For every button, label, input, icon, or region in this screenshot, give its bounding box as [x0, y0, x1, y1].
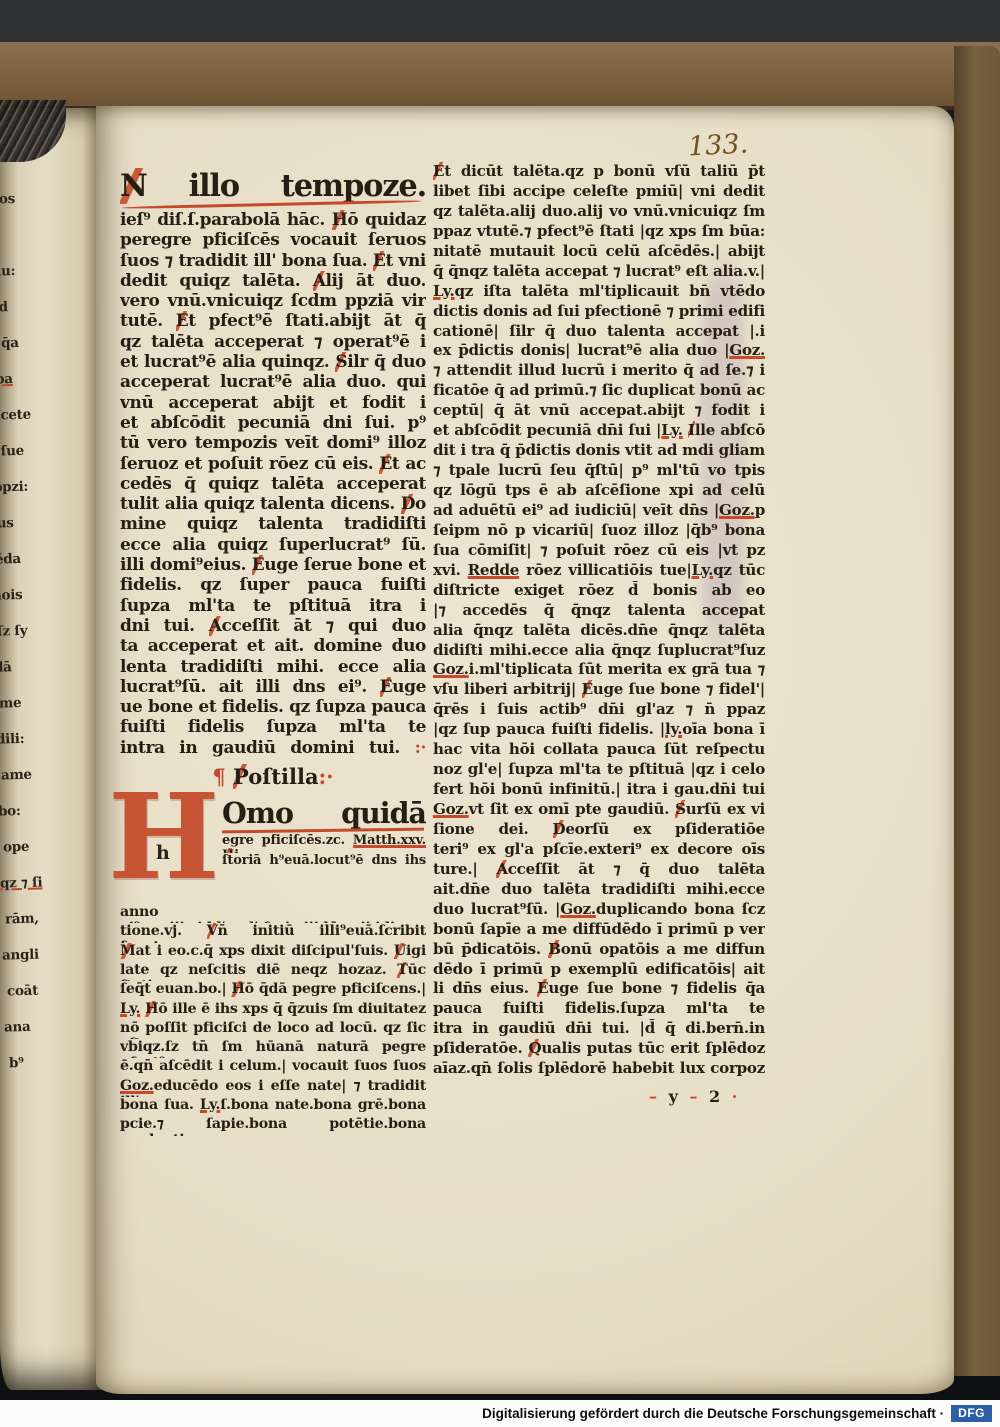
- text-segment: ·: [732, 1087, 741, 1106]
- text-segment: S: [675, 800, 686, 818]
- text-segment: ieſ⁹ diſ.ſ.parabolā hāc.: [120, 210, 332, 230]
- text-segment: libet ſibi accipe celeſte pmiū| vni dedi…: [433, 182, 765, 202]
- text-line: dit i tra q̄ p̄dictis donis vtit ad mdi …: [433, 441, 765, 461]
- right-column: Et dicūt talēta.qz p bonū vſū taliū p̄t …: [433, 162, 765, 1109]
- text-segment: ſupza ml'ta te pſtituā itra i gaudiū: [120, 596, 426, 616]
- text-line: dictis donis ad ſui pfectionē ⁊ primi ed…: [433, 302, 765, 322]
- text-line: bona ſua. Ly.ſ.bona nate.bona grē.bona: [120, 1097, 426, 1116]
- text-line: tutē. Et pfect⁹ē ſtati.abijt āt q̄ quin: [120, 311, 426, 331]
- edge-text-fragment: rām,: [5, 911, 45, 927]
- text-segment: :·: [319, 764, 334, 789]
- edge-text-fragment: angli: [2, 947, 46, 963]
- facing-page-fore-edge: mosbōī iu:ſqdx q̄appaucetee ſueppzi:rusē…: [0, 108, 102, 1390]
- edge-text-fragment: ēda: [0, 552, 35, 568]
- text-line: ſuos ⁊ tradidit ill' bona ſua. Et vni: [120, 251, 426, 271]
- text-segment: fuiſti fidelis ſupza ml'ta te pſtituā.: [120, 717, 426, 737]
- text-segment: Ly.: [120, 1001, 140, 1017]
- text-segment: H: [332, 210, 348, 230]
- text-segment: Ly.: [200, 1097, 220, 1113]
- text-segment: ad aduētū ei⁹ ad iudiciū| veīt dn̄s |: [433, 501, 719, 519]
- text-segment: cedēs q̄ quiqz talēta acceperat ob:: [120, 474, 426, 494]
- text-segment: p: [755, 501, 765, 519]
- edge-text-fragment: ppzi:: [0, 480, 33, 496]
- text-line: nitatē mutauit locū celū aſcēdēs.| abijt…: [433, 242, 765, 262]
- text-segment: qz talēta acceperat ⁊ operat⁹ē i eis: [120, 332, 426, 352]
- text-line: – y – 2 ·: [649, 1087, 749, 1109]
- handwritten-folio-number: 133.: [687, 128, 749, 162]
- text-segment: |qz ſup pauca fuiſti fidelis. |: [433, 720, 665, 738]
- sermon-opening: H h Omo quidā per egre pficiſcēs.zc. Mat…: [120, 796, 426, 904]
- text-segment: egre pficiſcēs.zc.: [222, 833, 353, 848]
- text-segment: tū vero tempozis veīt domi⁹ illoz: [120, 433, 426, 453]
- text-segment: uge ſue bone ⁊ fidel'|: [593, 680, 765, 698]
- text-segment: H: [231, 981, 244, 997]
- text-segment: B: [548, 940, 560, 958]
- text-line: ppaz vtutē.⁊ pfect⁹ē ſtati |qz xps ſm bū…: [433, 222, 765, 242]
- attribution-text: Digitalisierung gefördert durch die Deut…: [482, 1406, 944, 1421]
- text-segment: hac vita hōi collata pauca ſūt reſpectu …: [433, 740, 765, 760]
- commentary-text-block: anno ei⁹.xxxiij.xj.kl'.apl'.feria.iij.lū…: [120, 904, 426, 1136]
- digitization-footer: Digitalisierung gefördert durch die Deut…: [0, 1400, 1000, 1427]
- text-segment: Goz.: [120, 1078, 154, 1094]
- text-segment: ta acceperat et ait. domine duo ta: [120, 636, 426, 656]
- edge-text-fragment: dili:: [0, 731, 40, 747]
- gospel-text-block: ieſ⁹ diſ.ſ.parabolā hāc. Hō quidazperegr…: [120, 210, 426, 758]
- text-segment: vt ſit ex omī pte gaudiū.: [469, 800, 675, 818]
- text-segment: vero vnū.vnicuiqz ſcdm ppziā vir: [120, 291, 426, 311]
- text-line: fuiſti fidelis ſupza ml'ta te pſtituā.: [120, 717, 426, 737]
- text-line: acceperat lucrat⁹ē alia duo. qui āt: [120, 372, 426, 392]
- text-segment: ture.|: [433, 860, 496, 878]
- text-line: qz talēta acceperat ⁊ operat⁹ē i eis: [120, 332, 426, 352]
- text-segment: anno ei⁹.xxxiij.xj.kl'.apl'.feria.iij.lū…: [120, 904, 395, 923]
- text-segment: ilr q̄ duo: [347, 352, 426, 372]
- text-segment: dit i tra q̄ p̄dictis donis vtit ad mdi …: [433, 441, 765, 459]
- text-line: ⁊ tpale lucrū ſeu q̄ſtū| p⁹ ml'tū vo tpi…: [433, 461, 765, 481]
- edge-text-fragment: ī iu:: [0, 264, 27, 280]
- text-line: ⁊ attendit illud lucrū i merito q̄ ad ſe…: [433, 361, 765, 381]
- text-segment: Goz.: [433, 660, 469, 678]
- text-segment: ō quidaz: [347, 210, 426, 230]
- text-segment: aīaz.qn̄ ſolis ſplēdorē habebit lux corp…: [433, 1059, 765, 1077]
- guide-letter: h: [156, 842, 170, 864]
- text-line: cationē| ſilr q̄ duo talenta accepat |.i…: [433, 322, 765, 342]
- text-segment: –: [649, 1087, 660, 1106]
- text-segment: ſtoriā h⁹euā.locut⁹ē dns ihs xps: [222, 853, 426, 873]
- text-line: vnū acceperat abijt et fodit i terrā: [120, 393, 426, 413]
- text-line: didiſti mihi.ecce alia q̄nqz ſuplucrat⁹ſ…: [433, 641, 765, 661]
- edge-text-fragment: ſqd: [0, 300, 28, 316]
- text-line: ē.qn̄ aſcēdit i celum.| vocauit ſuos ſuo…: [120, 1058, 426, 1077]
- text-line: itra in gaudiū dn̄i tui. |d̄ q̄ di.bern̄…: [433, 1019, 765, 1039]
- commentary-text-block-2: Et dicūt talēta.qz p bonū vſū taliū p̄t …: [433, 162, 765, 1079]
- text-line: hac vita hōi collata pauca ſūt reſpectu …: [433, 740, 765, 760]
- text-segment: duo lucrat⁹ſū. |: [433, 900, 560, 918]
- text-segment: bona ſua.: [120, 1097, 200, 1113]
- text-segment: tione.vj.: [120, 923, 207, 939]
- text-segment: acceperat lucrat⁹ē alia duo. qui āt: [120, 372, 426, 392]
- text-segment: I: [688, 421, 695, 439]
- text-segment: alia q̄nqz talēta dicēs.dn̄e q̄nqz talēt…: [433, 621, 765, 641]
- text-line: intra in gaudiū domini tui. :·: [120, 738, 426, 758]
- text-line: ſeipm nō p vicariū| ſuoz illoz |q̄b⁹ bon…: [433, 521, 765, 541]
- text-segment: lenta tradidiſti mihi. ecce alia duo: [120, 657, 426, 677]
- text-segment: ē.qn̄ aſcēdit i celum.| vocauit ſuos ſuo…: [120, 1058, 426, 1074]
- dfg-logo: DFG: [951, 1405, 992, 1422]
- text-line: ad aduētū ei⁹ ad iudiciū| veīt dn̄s |Goz…: [433, 501, 765, 521]
- text-segment: D: [401, 494, 415, 514]
- text-segment: Goz.: [560, 900, 596, 918]
- text-segment: ſ.bona nate.bona grē.bona: [220, 1097, 426, 1113]
- text-segment: didiſti mihi.ecce alia q̄nqz ſuplucrat⁹ſ…: [433, 641, 765, 661]
- text-segment: D: [553, 820, 566, 838]
- text-segment: ue bone et fidelis. qz ſupza pauca: [120, 697, 426, 717]
- text-segment: A: [313, 271, 326, 291]
- text-segment: dictis donis ad ſui pfectionē ⁊ primi ed…: [433, 302, 765, 320]
- edge-text-fragment: qz ⁊ ſi: [0, 875, 44, 891]
- text-segment: itra in gaudiū dn̄i tui. |d̄ q̄ di.bern̄…: [433, 1019, 765, 1039]
- edge-text-fragment: ſz ſy: [0, 623, 37, 639]
- text-segment: Goz.: [433, 800, 469, 818]
- text-line: tulit alia quiqz talenta dicens. Do: [120, 494, 426, 514]
- gospel-incipit-heading: N illo tempoze. dixit: [120, 168, 426, 208]
- text-line: ait.dn̄e duo talēta tradidiſti mihi.ecce…: [433, 880, 765, 900]
- text-segment: pauca fuiſti fidelis.ſupza ml'ta te pſti…: [433, 999, 765, 1019]
- text-segment: ait.dn̄e duo talēta tradidiſti mihi.ecce…: [433, 880, 765, 900]
- text-line: qz lōgū tps ē ab aſcēſione xpi ad celū v…: [433, 481, 765, 501]
- text-line: anno ei⁹.xxxiij.xj.kl'.apl'.feria.iij.lū…: [120, 904, 426, 923]
- text-line: ecce alia quiqz ſuperlucrat⁹ ſū. ait: [120, 535, 426, 555]
- text-line: lucrat⁹ſū. ait illi dns ei⁹. Euge ſer:: [120, 677, 426, 697]
- text-segment: et abſcōdit pecuniā dn̄i ſui |: [433, 421, 661, 439]
- lombard-initial-H: H: [108, 790, 220, 884]
- text-segment: N: [120, 168, 147, 204]
- text-segment: E: [582, 680, 593, 698]
- text-segment: late qz neſcitis diē neqz hozaz.: [120, 962, 397, 978]
- text-segment: tutē.: [120, 311, 176, 331]
- heading-line: Omo quidā per: [222, 796, 426, 833]
- text-segment: ly.: [665, 720, 682, 738]
- text-segment: :·: [415, 738, 426, 758]
- text-line: bonū ſapīe a me diffūdēdo ī primū p ver: [433, 920, 765, 940]
- text-line: vbiqz.ſz tn̄ ſm hūanā naturā pegre pfect…: [120, 1039, 426, 1058]
- text-segment: ualis putas tūc erit ſplēdoz: [541, 1039, 765, 1057]
- text-segment: E: [252, 555, 265, 575]
- edge-text-fragment: hois: [0, 588, 36, 604]
- text-segment: ficatōe q̄ ad primū.⁊ ſic duplicat bonū …: [433, 381, 765, 399]
- text-segment: mine quiqz talenta tradidiſti mihi: [120, 514, 426, 534]
- text-segment: at i eo.c.q̄ xps dixit diſcipul'ſuis.: [135, 943, 393, 959]
- edge-text-fragment: ppa: [0, 372, 30, 388]
- text-segment: qz tūc: [713, 561, 765, 579]
- text-segment: illi domi⁹eius.: [120, 555, 252, 575]
- text-segment: |⁊ accedēs q̄ q̄nqz talenta accepat obtu…: [433, 601, 765, 621]
- text-segment: Ly.: [433, 282, 455, 300]
- edge-text-fragment: coāt: [7, 983, 47, 999]
- book-page: 133. N illo tempoze. dixit ieſ⁹ diſ.ſ.pa…: [96, 106, 954, 1394]
- text-line: Et dicūt talēta.qz p bonū vſū taliū p̄t …: [433, 162, 765, 182]
- text-segment: fert hōi bonū infinitū.| itra i gau.dn̄i…: [433, 780, 765, 800]
- edge-text-fragment: rus: [0, 516, 34, 532]
- text-line: |qz ſup pauca fuiſti fidelis. |ly.oīa bo…: [433, 720, 765, 740]
- text-line: dni tui. Acceſſit āt ⁊ qui duo talen: [120, 616, 426, 636]
- text-segment: Ly.: [692, 561, 714, 579]
- text-line: pcie.⁊ ſapie.bona potētie.bona opulentie: [120, 1116, 426, 1135]
- text-segment: y: [660, 1087, 689, 1106]
- text-segment: pſideratōe.: [433, 1039, 528, 1057]
- text-segment: ſeruoz et poſuit rōez cū eis.: [120, 454, 379, 474]
- text-segment: E: [380, 677, 393, 697]
- text-line: alia q̄nqz talēta dicēs.dn̄e q̄nqz talēt…: [433, 621, 765, 641]
- text-segment: ſeipm nō p vicariū| ſuoz illoz |q̄b⁹ bon…: [433, 521, 765, 539]
- text-segment: ⁊ attendit illud lucrū i merito q̄ ad ſe…: [433, 361, 765, 381]
- text-segment: ō ille ē ihs xps q̄ q̄zuis ſm diuitatez: [158, 1001, 426, 1017]
- text-line: late qz neſcitis diē neqz hozaz. Tūc ſta…: [120, 962, 426, 981]
- text-segment: igi: [406, 943, 426, 959]
- text-segment: U: [394, 943, 406, 959]
- text-line: fert hōi bonū infinitū.| itra i gau.dn̄i…: [433, 780, 765, 800]
- text-segment: dni tui.: [120, 616, 209, 636]
- text-line: q̄ q̄nqz talēta accepat ⁊ lucrat⁹ eſt al…: [433, 262, 765, 282]
- text-segment: lij āt duo.: [326, 271, 427, 291]
- text-segment: t dicūt talēta.qz p bonū vſū taliū p̄t q…: [433, 162, 765, 182]
- text-segment: intra in gaudiū domini tui.: [120, 738, 415, 758]
- text-line: dedit quiqz talēta. Alij āt duo. Alij: [120, 271, 426, 291]
- text-line: bū p̄dicatōis. Bonū opatōis a me diffun: [433, 940, 765, 960]
- text-segment: dedit quiqz talēta.: [120, 271, 313, 291]
- text-segment: T: [397, 962, 407, 978]
- text-segment: tulit alia quiqz talenta dicens.: [120, 494, 401, 514]
- text-line: ſeruoz et poſuit rōez cū eis. Et ac: [120, 454, 426, 474]
- text-line: et lucrat⁹ē alia quinqz. Silr q̄ duo: [120, 352, 426, 372]
- edge-text-fragment: ucete: [0, 408, 31, 424]
- text-segment: Matth.xxv.: [353, 833, 426, 848]
- text-line: vſu liberi arbitrij| Euge ſue bone ⁊ fid…: [433, 680, 765, 700]
- text-segment: duplicando bona ſcz: [596, 900, 765, 918]
- text-segment: urſū ex vi: [686, 800, 765, 818]
- text-segment: 2: [700, 1087, 731, 1106]
- text-line: peregre pficiſcēs vocauit ſeruos: [120, 230, 426, 250]
- text-line: li dn̄s eius. Euge ſue bone ⁊ fidelis q̄…: [433, 979, 765, 999]
- text-segment: oſtilla: [248, 764, 318, 789]
- text-line: duo lucrat⁹ſū. |Goz.duplicando bona ſcz: [433, 900, 765, 920]
- text-line: pſideratōe. Qualis putas tūc erit ſplēdo…: [433, 1039, 765, 1059]
- text-segment: o: [415, 494, 426, 514]
- text-segment: pcie.⁊ ſapie.bona potētie.bona opulentie: [120, 1116, 426, 1135]
- text-segment: t vni: [385, 251, 426, 271]
- edge-text-fragment: ana: [4, 1019, 48, 1035]
- text-line: ue bone et fidelis. qz ſupza pauca: [120, 697, 426, 717]
- text-segment: q̄rēs i ſuis actib⁹ dn̄i gl'az ⁊ n̄ ppaz…: [433, 700, 765, 720]
- text-segment: E: [537, 979, 548, 997]
- text-segment: xvi.: [433, 561, 468, 579]
- quire-signature: – y – 2 ·: [649, 1087, 749, 1109]
- text-segment: A: [496, 860, 507, 878]
- commentary-indented-lines: egre pficiſcēs.zc. Matth.xxv. Hiſtoriā h…: [222, 833, 426, 872]
- edge-text-fragment: e ſue: [0, 444, 32, 460]
- text-line: dēdo ī primū p exemplū edificatōis| ait …: [433, 960, 765, 980]
- text-line: Goz.educēdo eos i eſſe nate| ⁊ tradidit …: [120, 1078, 426, 1097]
- text-segment: S: [335, 352, 347, 372]
- text-segment: ppaz vtutē.⁊ pfect⁹ē ſtati |qz xps ſm bū…: [433, 222, 765, 240]
- text-line: et abſcōdit pecuniā dni ſui. p⁹ mul: [120, 413, 426, 433]
- text-segment: lucrat⁹ſū. ait illi dns ei⁹.: [120, 677, 380, 697]
- edge-text-fragment: bō: [0, 228, 26, 244]
- text-line: ceptū| q̄ āt vnū accepat.abijt ⁊ fodit i…: [433, 401, 765, 421]
- text-segment: ſua cōmiſit| ⁊ poſuit rōez cū eis |vt pz: [433, 541, 765, 559]
- text-segment: Ly.: [661, 421, 683, 439]
- text-segment: uge ſerue bone et: [264, 555, 426, 575]
- text-segment: Redde: [468, 561, 519, 579]
- text-segment: vſu liberi arbitrij|: [433, 680, 582, 698]
- leather-cover-top-edge: [0, 42, 1000, 110]
- text-line: ſione dei. Deorſū ex pſideratiōe inferni…: [433, 820, 765, 840]
- text-segment: Q: [528, 1039, 541, 1057]
- text-line: ſua cōmiſit| ⁊ poſuit rōez cū eis |vt pz…: [433, 541, 765, 561]
- text-segment: H: [145, 1001, 158, 1017]
- text-line: ſeq̄t euan.bo.| Hō q̄dā pegre pficiſcens…: [120, 981, 426, 1000]
- text-segment: E: [379, 454, 392, 474]
- text-segment: dēdo ī primū p exemplū edificatōis| ait …: [433, 960, 765, 980]
- text-segment: qz lōgū tps ē ab aſcēſione xpi ad celū v…: [433, 481, 765, 501]
- text-segment: i.ml'tiplicata ſūt merita ex grā tua ⁊: [469, 660, 765, 678]
- text-line: illi domi⁹eius. Euge ſerue bone et: [120, 555, 426, 575]
- text-line: et abſcōdit pecuniā dn̄i ſui |Ly. Ille a…: [433, 421, 765, 441]
- text-segment: et lucrat⁹ē alia quinqz.: [120, 352, 335, 372]
- text-segment: ſeq̄t euan.bo.|: [120, 981, 231, 997]
- text-line: tū vero tempozis veīt domi⁹ illoz: [120, 433, 426, 453]
- text-segment: fidelis. qz ſuper pauca fuiſti fidelis: [120, 575, 426, 595]
- text-segment: P: [233, 764, 248, 789]
- text-line: nō poſſit pficiſci de loco ad locū. qz ſ…: [120, 1020, 426, 1039]
- text-segment: onū opatōis a me diffun: [561, 940, 765, 958]
- text-line: Goz.vt ſit ex omī pte gaudiū. Surſū ex v…: [433, 800, 765, 820]
- text-segment: ecce alia quiqz ſuperlucrat⁹ ſū. ait: [120, 535, 426, 555]
- text-segment: teri⁹ ex gl'a pſcīe.exteri⁹ ex decore oī…: [433, 840, 765, 860]
- text-segment: li dn̄s eius.: [433, 979, 537, 997]
- text-segment: vnū acceperat abijt et fodit i terrā: [120, 393, 426, 413]
- text-segment: rōez villicatiōis tue|: [519, 561, 691, 579]
- text-segment: –: [689, 1087, 700, 1106]
- text-segment: q̄ q̄nqz talēta accepat ⁊ lucrat⁹ eſt al…: [433, 262, 765, 280]
- edge-text-fragment: dā: [0, 659, 38, 675]
- text-segment: vbiqz.ſz tn̄ ſm hūanā naturā pegre pfect…: [120, 1039, 426, 1058]
- text-segment: Goz.: [719, 501, 755, 519]
- text-line: Ly. Hō ille ē ihs xps q̄ q̄zuis ſm diuit…: [120, 1001, 426, 1020]
- text-segment: E: [433, 162, 444, 180]
- digitized-book-scan: mosbōī iu:ſqdx q̄appaucetee ſueppzi:rusē…: [0, 0, 1000, 1427]
- text-segment: A: [209, 616, 222, 636]
- text-line: teri⁹ ex gl'a pſcīe.exteri⁹ ex decore oī…: [433, 840, 765, 860]
- text-line: pauca fuiſti fidelis.ſupza ml'ta te pſti…: [433, 999, 765, 1019]
- text-segment: peregre pficiſcēs vocauit ſeruos: [120, 230, 426, 250]
- text-segment: Goz.: [729, 341, 765, 359]
- text-line: xvi. Redde rōez villicatiōis tue|Ly.qz t…: [433, 561, 765, 581]
- text-line: ficatōe q̄ ad primū.⁊ ſic duplicat bonū …: [433, 381, 765, 401]
- sermon-heading: Omo quidā per: [222, 796, 426, 833]
- text-segment: qz talēta.alij duo.alij vo vnū.vnicuiqz …: [433, 202, 765, 220]
- text-segment: qz iſta talēta ml'tiplicauit bn̄ vtēdo p…: [433, 282, 765, 302]
- text-line: qz talēta.alij duo.alij vo vnū.vnicuiqz …: [433, 202, 765, 222]
- text-segment: ceptū| q̄ āt vnū accepat.abijt ⁊ fodit i…: [433, 401, 765, 421]
- text-line: tione.vj. Vn̄ initiū illi⁹euā.ſcribit ſa…: [120, 923, 426, 942]
- text-segment: lle abſcō: [695, 421, 765, 439]
- edge-text-fragment: ope: [3, 839, 43, 855]
- left-column: N illo tempoze. dixit ieſ⁹ diſ.ſ.parabol…: [120, 168, 426, 1136]
- text-line: noz gl'e| ſupza ml'ta te pſtituā |qz i c…: [433, 760, 765, 780]
- text-line: ieſ⁹ diſ.ſ.parabolā hāc. Hō quidaz: [120, 210, 426, 230]
- text-segment: ō q̄dā pegre pficiſcens.|: [245, 981, 426, 997]
- text-line: |⁊ accedēs q̄ q̄nqz talenta accepat obtu…: [433, 601, 765, 621]
- text-segment: E: [373, 251, 386, 271]
- text-segment: V: [207, 923, 218, 939]
- edge-text-fragment: ame: [1, 767, 41, 783]
- text-line: diſtricte exiget rōez d̄ bonis ab eo col…: [433, 581, 765, 601]
- text-segment: educēdo eos i eſſe nate| ⁊ tradidit ill': [120, 1078, 426, 1097]
- text-line: ex p̄dictis donis| lucrat⁹ē alia duo |Go…: [433, 341, 765, 361]
- text-line: N illo tempoze. dixit: [120, 168, 426, 208]
- text-line: fidelis. qz ſuper pauca fuiſti fidelis: [120, 575, 426, 595]
- sermon-heading-wrap: Omo quidā per egre pficiſcēs.zc. Matth.x…: [222, 796, 426, 872]
- text-segment: M: [120, 943, 135, 959]
- edge-text-fragment: x q̄a: [0, 336, 29, 352]
- facing-page-text-fragments: mosbōī iu:ſqdx q̄appaucetee ſueppzi:rusē…: [0, 192, 49, 1072]
- text-line: egre pficiſcēs.zc. Matth.xxv. Hi: [222, 833, 426, 853]
- text-segment: ex p̄dictis donis| lucrat⁹ē alia duo |: [433, 341, 729, 359]
- text-line: q̄rēs i ſuis actib⁹ dn̄i gl'az ⁊ n̄ ppaz…: [433, 700, 765, 720]
- text-segment: nō poſſit pficiſci de loco ad locū. qz ſ…: [120, 1020, 426, 1039]
- text-line: vero vnū.vnicuiqz ſcdm ppziā vir: [120, 291, 426, 311]
- text-line: libet ſibi accipe celeſte pmiū| vni dedi…: [433, 182, 765, 202]
- text-line: aīaz.qn̄ ſolis ſplēdorē habebit lux corp…: [433, 1059, 765, 1079]
- text-line: lenta tradidiſti mihi. ecce alia duo: [120, 657, 426, 677]
- leather-cover-right-edge: [954, 46, 1000, 1376]
- text-segment: oīa bona ī: [682, 720, 765, 738]
- text-line: Ly.qz iſta talēta ml'tiplicauit bn̄ vtēd…: [433, 282, 765, 302]
- text-line: mine quiqz talenta tradidiſti mihi: [120, 514, 426, 534]
- edge-text-fragment: mos: [0, 192, 25, 208]
- edge-text-fragment: me: [0, 695, 39, 711]
- text-segment: bū p̄dicatōis.: [433, 940, 548, 958]
- text-line: ſupza ml'ta te pſtituā itra i gaudiū: [120, 596, 426, 616]
- text-line: ſtoriā h⁹euā.locut⁹ē dns ihs xps: [222, 853, 426, 873]
- text-segment: noz gl'e| ſupza ml'ta te pſtituā |qz i c…: [433, 760, 765, 780]
- text-line: ta acceperat et ait. domine duo ta: [120, 636, 426, 656]
- text-segment: t ac: [392, 454, 426, 474]
- text-segment: E: [176, 311, 189, 331]
- text-line: Goz.i.ml'tiplicata ſūt merita ex grā tua…: [433, 660, 765, 680]
- text-segment: diſtricte exiget rōez d̄ bonis ab eo col…: [433, 581, 765, 601]
- text-line: Mat i eo.c.q̄ xps dixit diſcipul'ſuis. U…: [120, 943, 426, 962]
- text-segment: cationē| ſilr q̄ duo talenta accepat |.i…: [433, 322, 765, 342]
- text-segment: ſione dei.: [433, 820, 553, 838]
- text-segment: bonū ſapīe a me diffūdēdo ī primū p ver: [433, 920, 765, 938]
- text-segment: ⁊ tpale lucrū ſeu q̄ſtū| p⁹ ml'tū vo tpi…: [433, 461, 765, 481]
- text-segment: ſuos ⁊ tradidit ill' bona ſua.: [120, 251, 373, 271]
- text-segment: et abſcōdit pecuniā dni ſui. p⁹ mul: [120, 413, 426, 433]
- text-line: ture.| Acceſſit āt ⁊ q̄ duo talēta accep…: [433, 860, 765, 880]
- edge-text-fragment: bo:: [0, 803, 42, 819]
- text-line: cedēs q̄ quiqz talēta acceperat ob:: [120, 474, 426, 494]
- text-segment: illo tempoze. dixit: [120, 168, 426, 208]
- edge-text-fragment: b⁹: [9, 1055, 49, 1071]
- text-segment: nitatē mutauit locū celū aſcēdēs.| abijt…: [433, 242, 765, 262]
